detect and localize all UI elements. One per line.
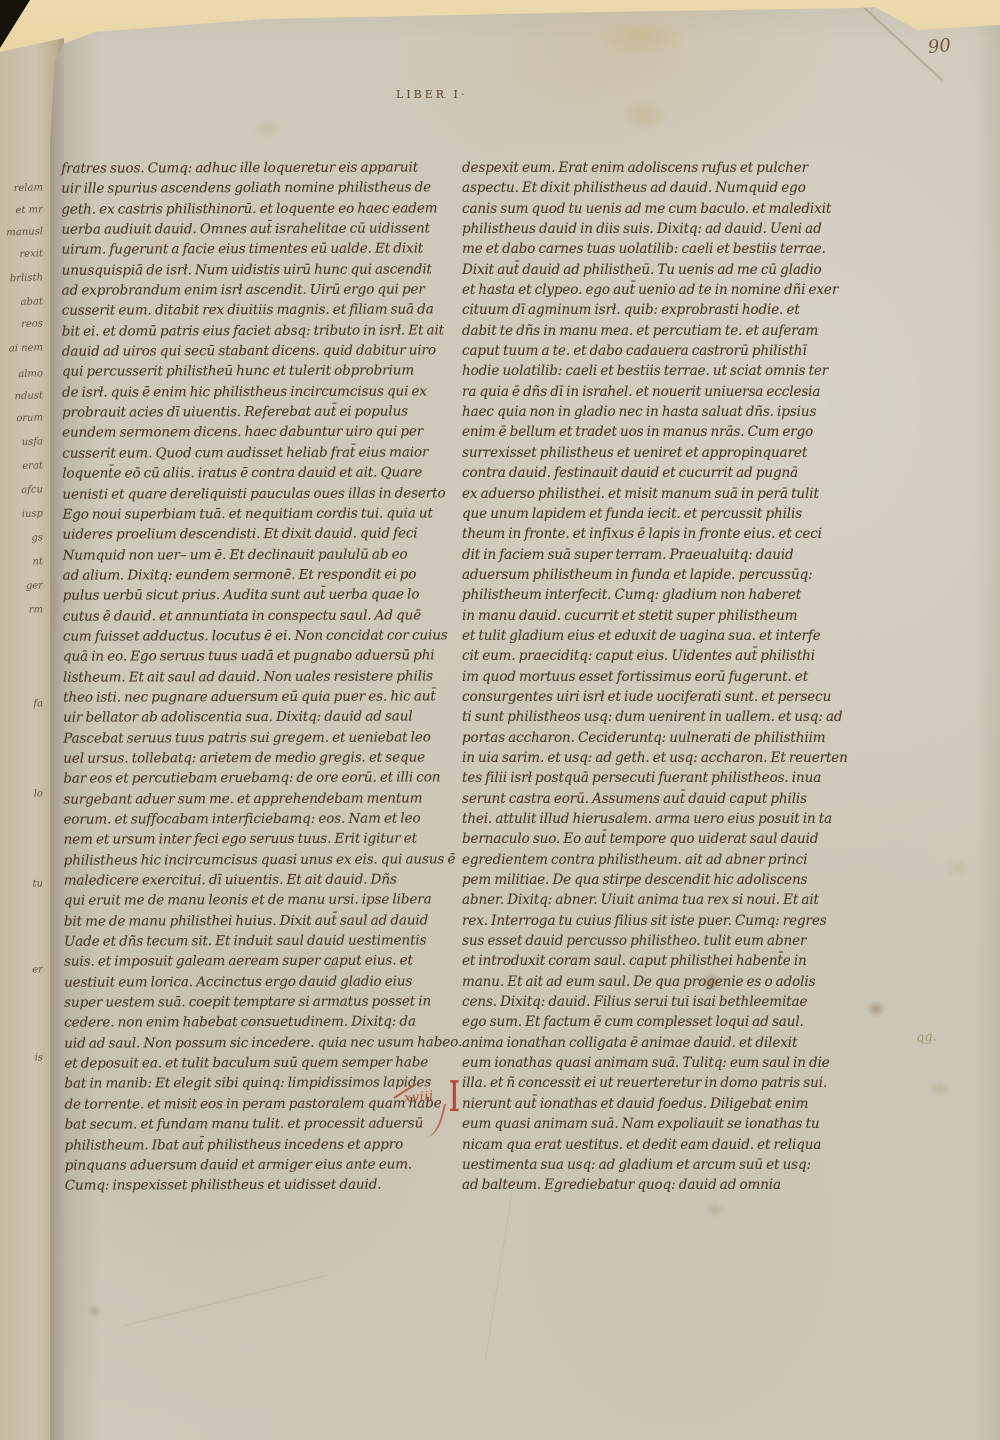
facing-page-text-fragment: is [1,1051,43,1066]
facing-page-text-fragment: rexit [1,247,43,262]
manuscript-text-line: Uade et dñs tecum sit. Et induit saul da… [64,930,456,952]
manuscript-text-line: et deposuit ea. et tulit baculum suū que… [64,1052,456,1074]
facing-page-text-fragment: ger [1,579,43,594]
manuscript-text-line: nierunt aut̄ ionathas et dauid foedus. D… [462,1094,854,1114]
manuscript-text-line: surgebant aduer sum me. et apprehendebam… [63,788,455,810]
manuscript-text-line: ego sum. Et factum ē cum complesset loqu… [462,1012,854,1032]
facing-page-text-fragment: reos [1,317,43,332]
manuscript-text-line: super uestem suā. coepit temptare si arm… [64,991,456,1013]
manuscript-text-line: bernaculo suo. Eo aut̄ tempore quo uider… [462,829,854,849]
facing-page-text-fragment: gs [1,531,43,546]
manuscript-text-line: eum ionathas quasi animam suā. Tulitq: e… [462,1053,854,1073]
manuscript-text-line: egredientem contra philistheum. ait ad a… [462,850,854,870]
folio-number: 90 [927,35,952,58]
manuscript-text-line: geth. ex castris philisthinorū. et loque… [61,198,453,220]
manuscript-text-line: in uia sarim. et usq: ad geth. et usq: a… [462,748,854,768]
manuscript-text-line: dit in faciem suā super terram. Praeualu… [462,545,854,565]
manuscript-text-line: et introduxit coram saul. caput philisth… [462,951,854,971]
manuscript-text-line: rex. Interroga tu cuius filius sit iste … [462,911,854,931]
manuscript-text-line: ad alium. Dixitq: eundem sermonē. Et res… [63,564,455,586]
facing-page-text-fragment: er [1,963,43,978]
manuscript-text-line: uid ad saul. Non possum sic incedere. qu… [64,1032,456,1054]
manuscript-text-line: qui eruit me de manu leonis et de manu u… [64,890,456,912]
manuscript-text-line: cit eum. praeciditq: caput eius. Uidente… [462,646,854,666]
manuscript-text-line: uerba audiuit dauid. Omnes aut̄ israheli… [61,218,453,240]
manuscript-text-line: cusserit eum. Quod cum audisset heliab f… [62,442,454,464]
manuscript-text-line: manu. Et ait ad eum saul. De qua progeni… [462,972,854,992]
manuscript-text-line: in manu dauid. cucurrit et stetit super … [462,606,854,626]
manuscript-text-line: bat in manib: Et elegit sibi quinq: limp… [64,1073,456,1095]
manuscript-text-line: uestiuit eum lorica. Accinctus ergo daui… [64,971,456,993]
manuscript-text-line: aspectu. Et dixit philistheus ad dauid. … [462,178,854,198]
manuscript-text-line: philistheum. Ibat aut̄ philistheus inced… [65,1134,457,1156]
manuscript-text-line: philistheum interfecit. Cumq: gladium no… [462,585,854,605]
manuscript-text-line: cutus ē dauid. et annuntiata in conspect… [63,605,455,627]
manuscript-text-line: suis. et imposuit galeam aeream super ca… [64,951,456,973]
manuscript-text-line: eum quasi animam suā. Nam expoliauit se … [462,1114,854,1134]
manuscript-text-line: cens. Dixitq: dauid. Filius serui tui is… [462,992,854,1012]
manuscript-text-line: listheum. Et ait saul ad dauid. Non uale… [63,666,455,688]
parchment-crease [123,1275,327,1327]
manuscript-text-line: illa. et ñ concessit ei ut reuerteretur … [462,1073,854,1093]
chapter-initial-letter: I [448,1076,460,1118]
parchment-stain [324,960,340,974]
manuscript-text-line: abner. Dixitq: abner. Uiuit anima tua re… [462,890,854,910]
facing-page-text-fragment: manusl [1,225,43,240]
facing-page-text-fragment: iusp [1,507,43,522]
manuscript-text-line: cusserit eum. ditabit rex diuitiis magni… [62,300,454,322]
manuscript-text-line: surrexisset philistheus et ueniret et ap… [462,443,854,463]
manuscript-text-line: quā in eo. Ego seruus tuus uadā et pugna… [63,646,455,668]
facing-page-text-fragment: abat [1,295,43,310]
manuscript-text-line: uel ursus. tollebatq: arietem de medio g… [63,747,455,769]
manuscript-text-line: bar eos et percutiebam eruebamq: de ore … [63,768,455,790]
manuscript-text-line: nicam qua erat uestitus. et dedit eam da… [462,1135,854,1155]
manuscript-text-line: theum in fronte. et infixus ē lapis in f… [462,524,854,544]
parchment-stain [594,18,686,56]
manuscript-page: LIBER I· 90 fratres suos. Cumq: adhuc il… [0,0,1000,1440]
manuscript-text-line: caput tuum a te. et dabo cadauera castro… [462,341,854,361]
manuscript-text-line: philistheus hic incircumcisus quasi unus… [64,849,456,871]
manuscript-text-line: me et dabo carnes tuas uolatilib: caeli … [462,239,854,259]
manuscript-text-line: eorum. et suffocabam interficiebamq: eos… [63,808,455,830]
manuscript-text-line: Numquid non uer– um ē. Et declinauit pau… [63,544,455,566]
manuscript-text-line: dabit te dñs in manu mea. et percutiam t… [462,321,854,341]
margin-note: qg. [915,1029,937,1046]
manuscript-text-line: haec quia non in gladio nec in hasta sal… [462,402,854,422]
facing-page-text-fragment: nt [1,555,43,570]
facing-page-text-fragment: tu [1,877,43,892]
parchment-stain [700,972,722,992]
facing-page-text-fragment: orum [1,411,43,426]
manuscript-text-line: im quod mortuus esset fortissimus eorū f… [462,667,854,687]
manuscript-text-line: probrauit acies dī uiuentis. Referebat a… [62,401,454,423]
manuscript-text-line: canis sum quod tu uenis ad me cum baculo… [462,199,854,219]
manuscript-text-line: ti sunt philistheos usq: dum uenirent in… [462,707,854,727]
manuscript-text-line: nem et ursum inter feci ego seruus tuus.… [64,829,456,851]
parchment-stain [928,1080,952,1098]
manuscript-text-line: tes filii isrł postquā persecuti fuerant… [462,768,854,788]
manuscript-text-line: philistheus dauid in diis suis. Dixitq: … [462,219,854,239]
manuscript-text-line: bat secum. et fundam manu tulit. et proc… [65,1113,457,1135]
facing-page-text-fragment: rm [1,603,43,618]
manuscript-text-line: thei. attulit illud hierusalem. arma uer… [462,809,854,829]
manuscript-text-line: ad exprobrandum enim isrł ascendit. Uirū… [62,279,454,301]
manuscript-text-line: et hasta et clypeo. ego aut̄ uenio ad te… [462,280,854,300]
chapter-number-rubric: xviii [404,1089,435,1106]
manuscript-text-line: de isrł. quis ē enim hic philistheus inc… [62,381,454,403]
manuscript-text-line: aduersum philistheum in funda et lapide.… [462,565,854,585]
manuscript-text-line: uestimenta sua usq: ad gladium et arcum … [462,1155,854,1175]
manuscript-text-line: enim ē bellum et tradet uos in manus nrā… [462,422,854,442]
manuscript-text-line: et tulit gladium eius et eduxit de uagin… [462,626,854,646]
manuscript-text-line: sus esset dauid percusso philistheo. tul… [462,931,854,951]
manuscript-text-line: uir bellator ab adoliscentia sua. Dixitq… [63,707,455,729]
manuscript-text-line: contra dauid. festinauit dauid et cucurr… [462,463,854,483]
manuscript-text-line: dauid ad uiros qui secū stabant dicens. … [62,340,454,362]
text-column-left: fratres suos. Cumq: adhuc ille loqueretu… [61,157,457,1196]
manuscript-text-line: hodie uolatilib: caeli et bestiis terrae… [462,361,854,381]
manuscript-text-line: consurgentes uiri isrł et iude uociferat… [462,687,854,707]
manuscript-text-line: serunt castra eorū. Assumens aut̄ dauid … [462,789,854,809]
facing-page-text-fragment: afcu [1,483,43,498]
manuscript-text-line: bit me de manu philisthei huius. Dixit a… [64,910,456,932]
parchment-stain [944,858,970,878]
facing-page-text-fragment: ai nem [1,341,43,356]
manuscript-text-line: que unum lapidem et funda iecit. et perc… [462,504,854,524]
manuscript-text-line: bit ei. et domū patris eius faciet absq:… [62,320,454,342]
facing-page-text-fragment: relam [1,181,43,196]
parchment-crease [485,1171,516,1359]
manuscript-text-line: anima ionathan colligata ē animae dauid.… [462,1033,854,1053]
manuscript-text-line: uir ille spurius ascendens goliath nomin… [61,178,453,200]
running-header: LIBER I· [396,88,467,101]
parchment-stain [146,234,172,254]
facing-page-text-fragment: usfa [1,435,43,450]
manuscript-text-line: unusquispiā de isrł. Num uidistis uirū h… [62,259,454,281]
facing-page-text-fragment: fa [1,697,43,712]
manuscript-text-line: cedere. non enim habebat consuetudinem. … [64,1012,456,1034]
facing-page-text-fragment: et mr [1,203,43,218]
manuscript-text-line: Dixit aut̄ dauid ad philistheū. Tu uenis… [462,260,854,280]
manuscript-text-line: despexit eum. Erat enim adoliscens rufus… [462,158,854,178]
facing-page-text-fragment: ndust [1,389,43,404]
manuscript-text-line: portas accharon. Cecideruntq: uulnerati … [462,728,854,748]
manuscript-text-line: Cumq: inspexisset philistheus et uidisse… [65,1175,457,1197]
facing-page-text-fragment: lo [1,787,43,802]
manuscript-text-line: eundem sermonem dicens. haec dabuntur ui… [62,422,454,444]
manuscript-text-line: pulus uerbū sicut prius. Audita sunt aut… [63,585,455,607]
manuscript-text-line: cituum dī agminum isrł. quib: exprobrast… [462,300,854,320]
manuscript-text-line: theo isti. nec pugnare aduersum eū quia … [63,686,455,708]
parchment-stain [706,1202,724,1218]
manuscript-photo: relamet mrmanuslrexitbrlisthabatreosai n… [0,0,1000,1440]
facing-page-text-fragment: almo [1,367,43,382]
text-column-right: despexit eum. Erat enim adoliscens rufus… [462,158,854,1196]
parchment-stain [866,1000,886,1018]
parchment-stain [252,118,282,140]
facing-page-text-fragment: brlisth [1,271,43,286]
manuscript-text-line: loquent̄e eō cū aliis. iratus ē contra d… [62,462,454,484]
manuscript-text-line: ex aduerso philisthei. et misit manum su… [462,484,854,504]
manuscript-text-line: Ego noui superbiam tuā. et nequitiam cor… [62,503,454,525]
parchment-stain [620,98,668,132]
manuscript-text-line: uideres proelium descendisti. Et dixit d… [62,524,454,546]
manuscript-text-line: ra quia ē dñs dī in israhel. et nouerit … [462,382,854,402]
manuscript-text-line: ad balteum. Egrediebatur quoq: dauid ad … [462,1175,854,1195]
manuscript-text-line: qui percusserit philistheū hunc et tuler… [62,361,454,383]
manuscript-text-line: cum fuisset adductus. locutus ē ei. Non … [63,625,455,647]
manuscript-text-line: uirum. fugerunt a facie eius timentes eū… [61,239,453,261]
manuscript-text-line: fratres suos. Cumq: adhuc ille loqueretu… [61,157,453,179]
parchment-stain [86,1304,102,1318]
manuscript-text-line: maledicere exercitui. dī uiuentis. Et ai… [64,869,456,891]
manuscript-text-line: Pascebat seruus tuus patris sui gregem. … [63,727,455,749]
manuscript-text-line: pinquans aduersum dauid et armiger eius … [65,1154,457,1176]
manuscript-text-line: pem militiae. De qua stirpe descendit hi… [462,870,854,890]
manuscript-text-line: uenisti et quare dereliquisti pauculas o… [62,483,454,505]
facing-page-text-fragment: erat [1,459,43,474]
